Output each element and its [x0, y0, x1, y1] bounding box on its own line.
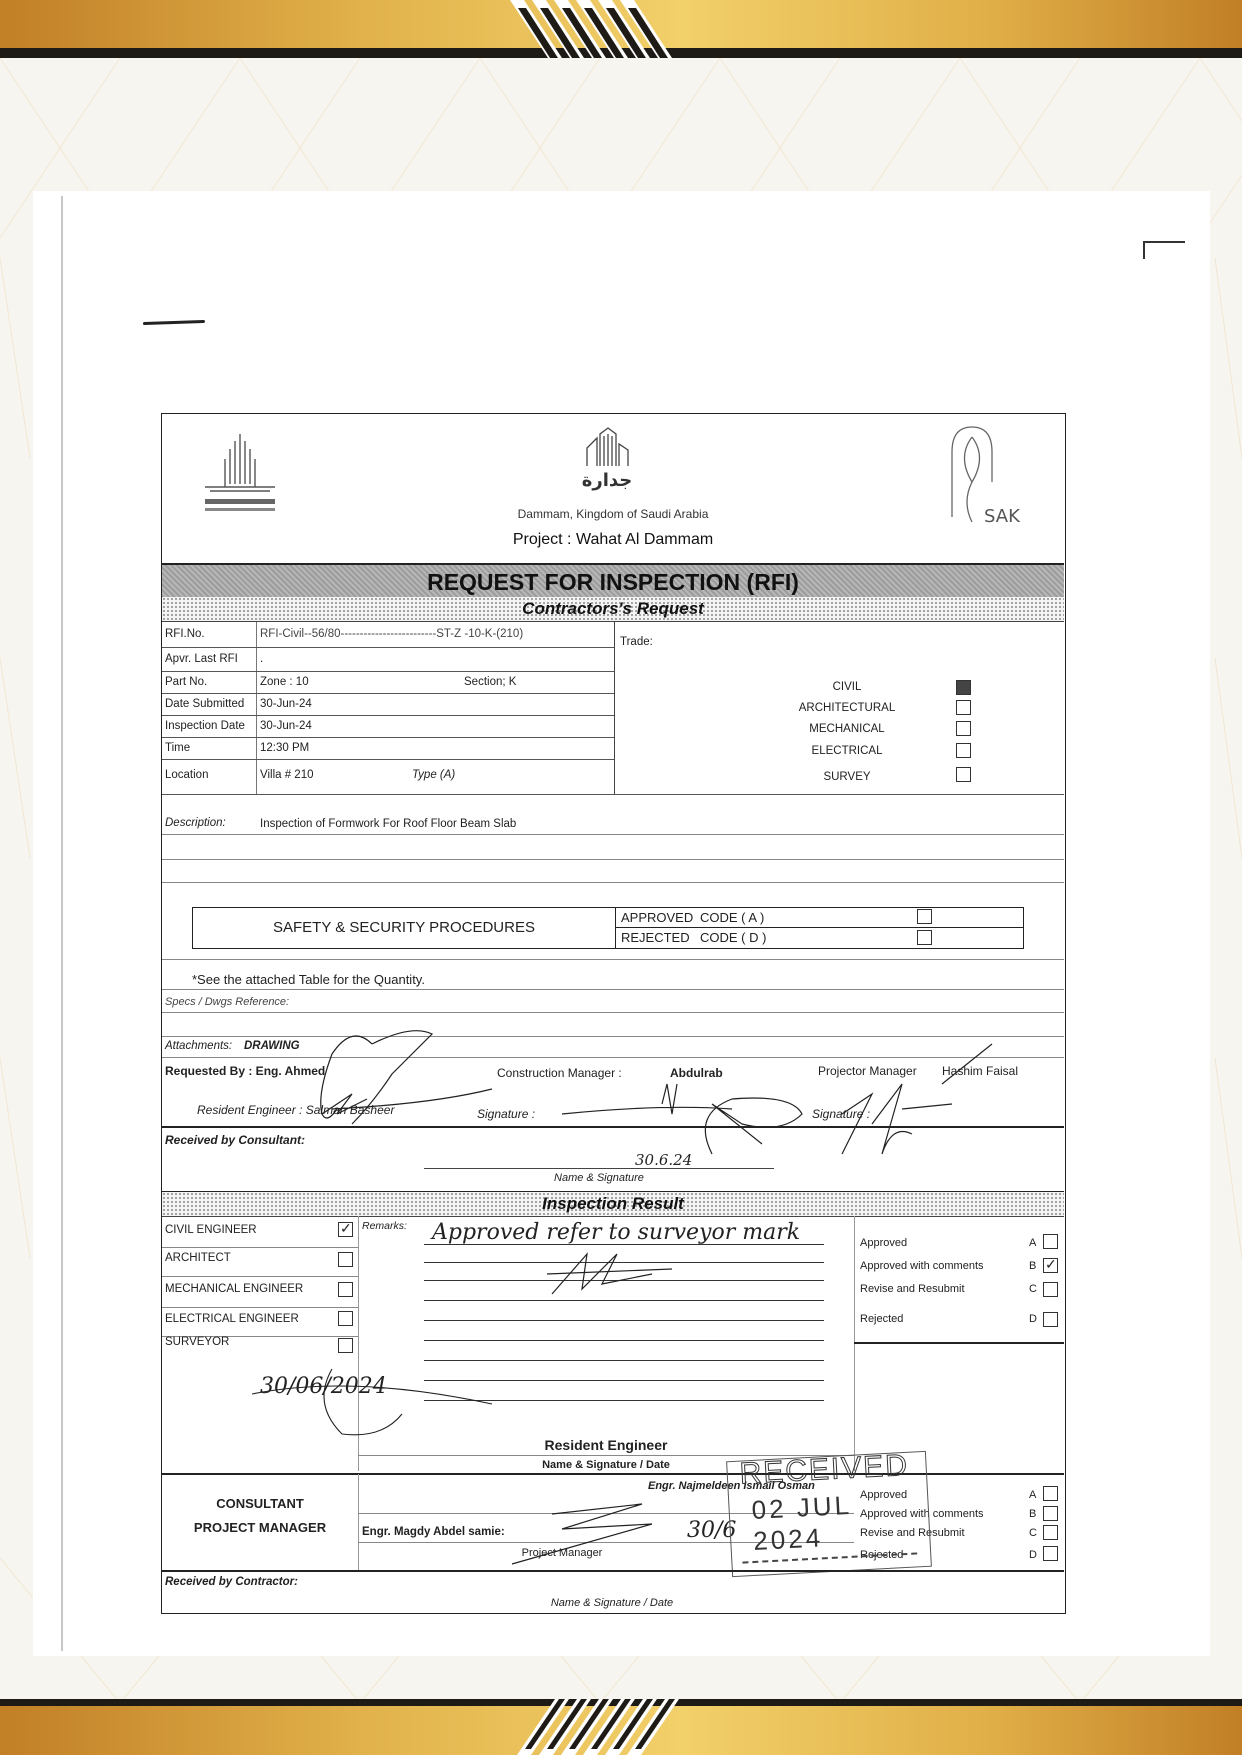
row-line: [854, 1342, 1064, 1344]
divider: [358, 1474, 359, 1570]
status-checkbox-approved[interactable]: [1043, 1234, 1058, 1249]
row-line: [162, 647, 614, 648]
field-value-date-submitted: 30-Jun-24: [260, 698, 312, 710]
building-logo-icon: [190, 429, 290, 519]
field-value-zone: Zone : 10: [260, 676, 309, 688]
trade-option-electrical: ELECTRICAL: [762, 745, 932, 757]
discipline-checkbox-electrical-engineer[interactable]: [338, 1311, 353, 1326]
status-checkbox-approved-comments[interactable]: [1043, 1258, 1058, 1273]
trade-label: Trade:: [620, 636, 653, 648]
stamp-date: 02 JUL 2024: [751, 1486, 930, 1557]
trade-checkbox-survey[interactable]: [956, 767, 971, 782]
description-value: Inspection of Formwork For Roof Floor Be…: [260, 818, 516, 830]
discipline-electrical-engineer: ELECTRICAL ENGINEER: [165, 1313, 299, 1325]
row-line: [162, 882, 1064, 883]
rfi-form: جدارة SAK Dammam, Kingdom of Saudi Arabi…: [161, 413, 1066, 1614]
remarks-line: [424, 1244, 824, 1245]
row-line: [162, 1307, 358, 1308]
requested-by: Requested By : Eng. Ahmed: [165, 1064, 325, 1078]
row-line: [162, 693, 614, 694]
pm-status-checkbox-approved-comments[interactable]: [1043, 1506, 1058, 1521]
remarks-handwritten: Approved refer to surveyor mark: [432, 1220, 800, 1245]
field-label-date-submitted: Date Submitted: [165, 698, 244, 710]
trade-option-architectural: ARCHITECTURAL: [762, 702, 932, 714]
contractors-request-band: Contractors's Request: [162, 597, 1064, 622]
corner-mark: [1143, 241, 1185, 243]
pm-status-checkbox-revise-resubmit[interactable]: [1043, 1525, 1058, 1540]
resident-engineer-title: Resident Engineer: [358, 1437, 854, 1453]
field-label-location: Location: [165, 769, 208, 781]
name-signature-label: Name & Signature: [424, 1172, 774, 1184]
field-label-last-rfi: Apvr. Last RFI: [165, 653, 238, 665]
row-line: [615, 927, 1023, 928]
discipline-civil-engineer: CIVIL ENGINEER: [165, 1224, 257, 1236]
project-manager-name: Engr. Magdy Abdel samie:: [362, 1526, 505, 1538]
safety-procedures-box: SAFETY & SECURITY PROCEDURES APPROVED CO…: [192, 907, 1024, 949]
remarks-line: [424, 1300, 824, 1301]
discipline-checkbox-civil-engineer[interactable]: [338, 1222, 353, 1237]
handwritten-initials: [542, 1249, 702, 1299]
status-checkbox-revise-resubmit[interactable]: [1043, 1282, 1058, 1297]
status-rejected-label: Rejected: [860, 1313, 903, 1325]
bottom-stripes-decoration: [515, 1699, 745, 1755]
row-line: [162, 671, 614, 672]
section-title-contractors-request: Contractors's Request: [162, 599, 1064, 619]
location-text: Dammam, Kingdom of Saudi Arabia: [162, 507, 1064, 521]
discipline-surveyor: SURVEYOR: [165, 1336, 229, 1348]
field-value-section: Section; K: [464, 676, 516, 688]
discipline-checkbox-architect[interactable]: [338, 1252, 353, 1267]
status-rejected-code: D: [1029, 1313, 1037, 1325]
row-line: [162, 989, 1064, 990]
safety-approved-code: CODE ( A ): [700, 910, 764, 925]
row-line: [162, 759, 614, 760]
row-line: [162, 1276, 358, 1277]
row-line: [162, 1247, 358, 1248]
row-line: [162, 1012, 1064, 1013]
status-approved-label: Approved: [860, 1237, 907, 1249]
attachments-label: Attachments:: [165, 1040, 232, 1052]
svg-text:جدارة: جدارة: [582, 470, 633, 491]
pm-status-checkbox-rejected[interactable]: [1043, 1546, 1058, 1561]
safety-approved-label: APPROVED: [621, 910, 693, 925]
signature-line: [424, 1168, 774, 1169]
page-edge-line: [61, 196, 63, 1651]
field-value-last-rfi: .: [260, 653, 263, 665]
received-by-consultant-label: Received by Consultant:: [165, 1133, 305, 1147]
field-value-location: Villa # 210: [260, 769, 314, 781]
divider: [614, 622, 615, 794]
description-label: Description:: [165, 817, 226, 829]
trade-checkbox-civil[interactable]: [956, 680, 971, 695]
specs-reference-label: Specs / Dwgs Reference:: [165, 996, 289, 1008]
handwritten-date-consultant: 30.6.24: [635, 1151, 692, 1169]
field-value-inspection-date: 30-Jun-24: [260, 720, 312, 732]
row-line: [162, 737, 614, 738]
safety-rejected-label: REJECTED: [621, 930, 690, 945]
quantity-note: *See the attached Table for the Quantity…: [192, 972, 425, 987]
status-approved-comments-label: Approved with comments: [860, 1260, 984, 1272]
safety-rejected-checkbox[interactable]: [917, 930, 932, 945]
row-line: [162, 1570, 1064, 1572]
safety-procedures-label: SAFETY & SECURITY PROCEDURES: [193, 919, 615, 936]
field-label-inspection-date: Inspection Date: [165, 720, 245, 732]
safety-rejected-code: CODE ( D ): [700, 930, 766, 945]
handwritten-stroke: [252, 1354, 552, 1444]
project-manager-title: PROJECT MANAGER: [162, 1520, 358, 1535]
remarks-line: [424, 1340, 824, 1341]
received-by-contractor-label: Received by Contractor:: [165, 1576, 298, 1588]
form-title: REQUEST FOR INSPECTION (RFI): [162, 569, 1064, 596]
row-line: [162, 794, 1064, 795]
status-revise-resubmit-code: C: [1029, 1283, 1037, 1295]
footer-name-signature-date: Name & Signature / Date: [412, 1597, 812, 1609]
inspection-result-band: Inspection Result: [162, 1191, 1064, 1217]
row-line: [162, 834, 1064, 835]
field-label-time: Time: [165, 742, 190, 754]
status-approved-comments-code: B: [1029, 1260, 1036, 1272]
trade-checkbox-architectural[interactable]: [956, 700, 971, 715]
field-label-part-no: Part No.: [165, 676, 207, 688]
attachments-value: DRAWING: [244, 1040, 300, 1052]
field-label-rfi-no: RFI.No.: [165, 628, 205, 640]
field-value-type: Type (A): [412, 769, 455, 781]
pm-status-approved-code: A: [1029, 1489, 1036, 1501]
handwritten-signatures: [312, 1014, 1012, 1214]
row-line: [162, 859, 1064, 860]
field-value-rfi-no: RFI-Civil--56/80------------------------…: [260, 628, 523, 640]
row-line: [162, 715, 614, 716]
towers-logo-icon: جدارة: [572, 426, 642, 496]
remarks-line: [424, 1320, 824, 1321]
rfi-title-band: REQUEST FOR INSPECTION (RFI): [162, 563, 1064, 598]
top-stripes-decoration: [500, 0, 750, 58]
trade-option-civil: CIVIL: [762, 681, 932, 693]
pm-status-approved-comments-code: B: [1029, 1508, 1036, 1520]
trade-option-survey: SURVEY: [762, 771, 932, 783]
status-approved-code: A: [1029, 1237, 1036, 1249]
trade-checkbox-electrical[interactable]: [956, 743, 971, 758]
section-title-inspection-result: Inspection Result: [162, 1194, 1064, 1214]
field-value-time: 12:30 PM: [260, 742, 309, 754]
project-title: Project : Wahat Al Dammam: [162, 531, 1064, 549]
remarks-label: Remarks:: [362, 1220, 407, 1232]
received-stamp: RECEIVED 02 JUL 2024: [726, 1451, 932, 1577]
status-revise-resubmit-label: Revise and Resubmit: [860, 1283, 965, 1295]
divider: [615, 908, 616, 948]
row-line: [162, 959, 1064, 960]
discipline-checkbox-mechanical-engineer[interactable]: [338, 1282, 353, 1297]
discipline-checkbox-surveyor[interactable]: [338, 1338, 353, 1353]
trade-checkbox-mechanical[interactable]: [956, 721, 971, 736]
status-checkbox-rejected[interactable]: [1043, 1312, 1058, 1327]
discipline-mechanical-engineer: MECHANICAL ENGINEER: [165, 1283, 303, 1295]
pm-status-rejected-code: D: [1029, 1549, 1037, 1561]
pm-status-checkbox-approved[interactable]: [1043, 1486, 1058, 1501]
row-line: [162, 1473, 1064, 1475]
trade-option-mechanical: MECHANICAL: [762, 723, 932, 735]
corner-mark: [1143, 241, 1145, 259]
consultant-title: CONSULTANT: [162, 1496, 358, 1511]
discipline-architect: ARCHITECT: [165, 1252, 231, 1264]
pm-status-revise-resubmit-code: C: [1029, 1527, 1037, 1539]
safety-approved-checkbox[interactable]: [917, 909, 932, 924]
